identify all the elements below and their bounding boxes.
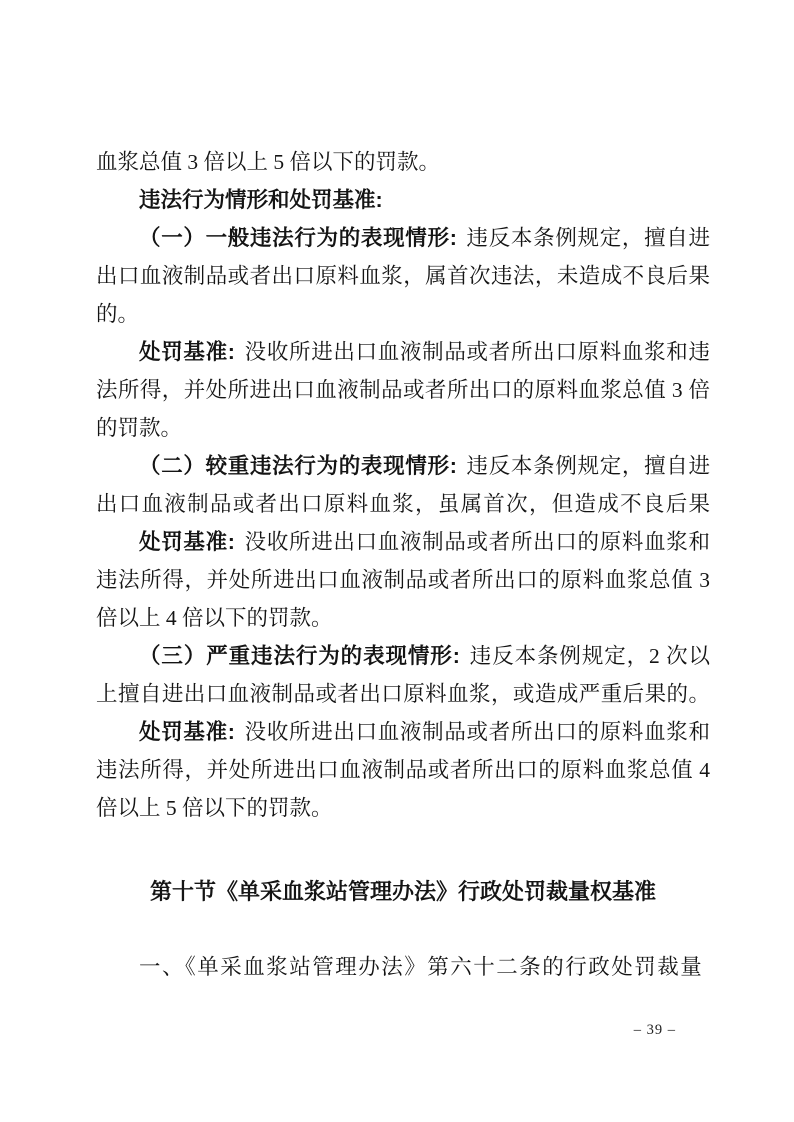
text-run: 违反本条例规定，擅自进 <box>466 226 710 250</box>
text-line: 违法行为情形和处罚基准: <box>96 181 710 219</box>
text-run: 出口血液制品或者出口原料血浆，虽属首次，但造成不良后果的。 <box>96 492 710 523</box>
text-run: 违法所得，并处所进出口血液制品或者所出口的原料血浆总值 4 <box>96 758 710 782</box>
paragraph: （二）较重违法行为的表现情形:违反本条例规定，擅自进 出口血液制品或者出口原料血… <box>96 447 710 523</box>
text-line: 倍以上 5 倍以下的罚款。 <box>96 789 710 827</box>
paragraph: （三）严重违法行为的表现情形:违反本条例规定，2 次以 上擅自进出口血液制品或者… <box>96 637 710 713</box>
bold-run: （三）严重违法行为的表现情形: <box>139 644 460 668</box>
text-line: 违法所得，并处所进出口血液制品或者所出口的原料血浆总值 3 <box>96 561 710 599</box>
text-line: （三）严重违法行为的表现情形:违反本条例规定，2 次以 <box>96 637 710 675</box>
document-body: 血浆总值 3 倍以上 5 倍以下的罚款。 违法行为情形和处罚基准: （一）一般违… <box>96 143 710 986</box>
text-line: 处罚基准:没收所进出口血液制品或者所出口的原料血浆和 <box>96 713 710 751</box>
text-line: 法所得，并处所进出口血液制品或者所出口的原料血浆总值 3 倍 <box>96 371 710 409</box>
text-line: 处罚基准:没收所进出口血液制品或者所出口原料血浆和违 <box>96 333 710 371</box>
text-line: 的。 <box>96 295 710 333</box>
text-line: 违法所得，并处所进出口血液制品或者所出口的原料血浆总值 4 <box>96 751 710 789</box>
text-run: 的罚款。 <box>96 416 182 440</box>
paragraph: 处罚基准:没收所进出口血液制品或者所出口的原料血浆和 违法所得，并处所进出口血液… <box>96 713 710 827</box>
document-page: 血浆总值 3 倍以上 5 倍以下的罚款。 违法行为情形和处罚基准: （一）一般违… <box>0 0 794 1122</box>
text-run: 倍以上 5 倍以下的罚款。 <box>96 796 333 820</box>
bold-run: （一）一般违法行为的表现情形: <box>139 226 457 250</box>
bold-run: 处罚基准: <box>139 720 235 744</box>
text-run: 倍以上 4 倍以下的罚款。 <box>96 606 333 630</box>
text-line: 的罚款。 <box>96 409 710 447</box>
bold-run: （二）较重违法行为的表现情形: <box>139 454 457 478</box>
paragraph: （一）一般违法行为的表现情形:违反本条例规定，擅自进 出口血液制品或者出口原料血… <box>96 219 710 333</box>
section-heading: 第十节《单采血浆站管理办法》行政处罚裁量权基准 <box>96 873 710 911</box>
text-line: 处罚基准:没收所进出口血液制品或者所出口的原料血浆和 <box>96 523 710 561</box>
text-run: 法所得，并处所进出口血液制品或者所出口的原料血浆总值 3 倍 <box>96 378 710 402</box>
paragraph: 处罚基准:没收所进出口血液制品或者所出口原料血浆和违 法所得，并处所进出口血液制… <box>96 333 710 447</box>
bold-run: 违法行为情形和处罚基准: <box>139 188 383 212</box>
text-line: 血浆总值 3 倍以上 5 倍以下的罚款。 <box>96 143 710 181</box>
text-run: 没收所进出口血液制品或者所出口的原料血浆和 <box>244 720 710 744</box>
bold-run: 处罚基准: <box>139 340 235 364</box>
bold-run: 处罚基准: <box>139 530 235 554</box>
text-line: 上擅自进出口血液制品或者出口原料血浆，或造成严重后果的。 <box>96 675 710 713</box>
subsection-heading: 一、《单采血浆站管理办法》第六十二条的行政处罚裁量 <box>96 948 710 986</box>
page-number: – 39 – <box>634 1022 676 1039</box>
text-line: （一）一般违法行为的表现情形:违反本条例规定，擅自进 <box>96 219 710 257</box>
text-run: 没收所进出口血液制品或者所出口原料血浆和违 <box>244 340 710 364</box>
text-line: 倍以上 4 倍以下的罚款。 <box>96 599 710 637</box>
text-run: 出口血液制品或者出口原料血浆，属首次违法，未造成不良后果 <box>96 264 710 288</box>
text-run: 的。 <box>96 302 139 326</box>
text-line: （二）较重违法行为的表现情形:违反本条例规定，擅自进 <box>96 447 710 485</box>
text-line: 出口血液制品或者出口原料血浆，属首次违法，未造成不良后果 <box>96 257 710 295</box>
paragraph: 血浆总值 3 倍以上 5 倍以下的罚款。 <box>96 143 710 181</box>
text-run: 违反本条例规定，擅自进 <box>466 454 710 478</box>
text-run: 上擅自进出口血液制品或者出口原料血浆，或造成严重后果的。 <box>96 682 710 706</box>
text-run: 没收所进出口血液制品或者所出口的原料血浆和 <box>244 530 710 554</box>
text-line: 出口血液制品或者出口原料血浆，虽属首次，但造成不良后果的。 <box>96 485 710 523</box>
text-run: 违法所得，并处所进出口血液制品或者所出口的原料血浆总值 3 <box>96 568 710 592</box>
paragraph: 违法行为情形和处罚基准: <box>96 181 710 219</box>
paragraph: 处罚基准:没收所进出口血液制品或者所出口的原料血浆和 违法所得，并处所进出口血液… <box>96 523 710 637</box>
text-run: 血浆总值 3 倍以上 5 倍以下的罚款。 <box>96 150 440 174</box>
text-run: 违反本条例规定，2 次以 <box>469 644 710 668</box>
